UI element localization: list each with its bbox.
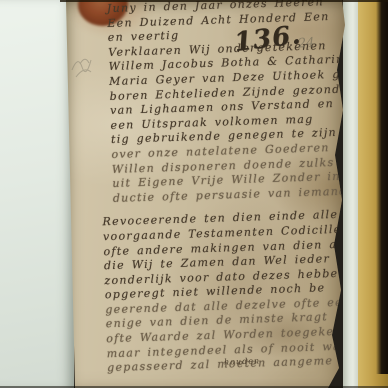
inserted-word-annotation: houden [224, 356, 260, 366]
pencil-annotation: 24 [297, 35, 315, 51]
left-blank-page [0, 0, 74, 388]
top-shadow-edge [60, 0, 388, 2]
book-cover-dark [376, 0, 388, 374]
manuscript-page: Juny in den Jaar onzes Heeren Een Duizen… [66, 0, 348, 388]
manuscript-text: Juny in den Jaar onzes Heeren Een Duizen… [66, 0, 356, 377]
manuscript-photo: Juny in den Jaar onzes Heeren Een Duizen… [0, 0, 388, 388]
